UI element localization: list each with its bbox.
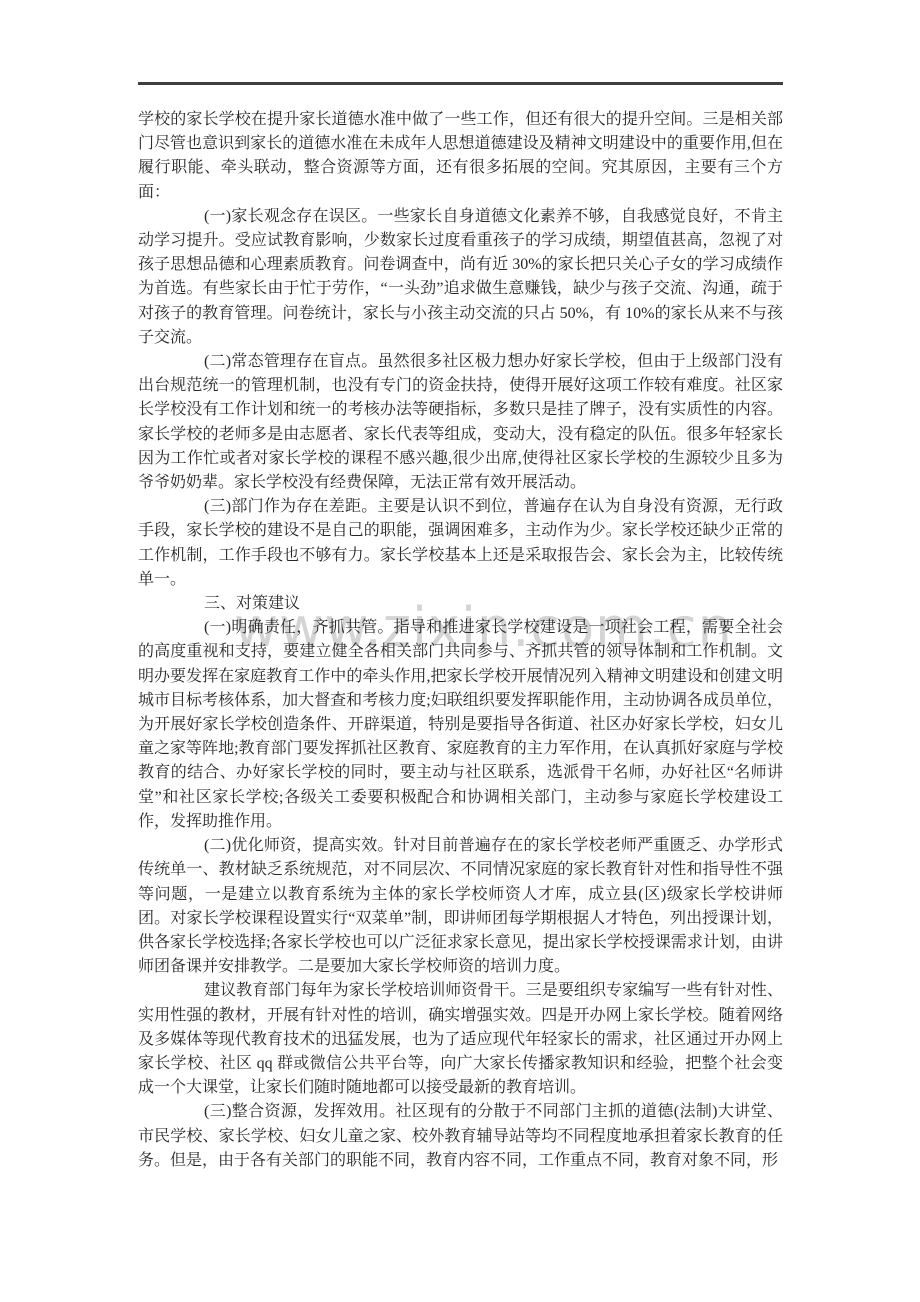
paragraph-cause-3: (三)部门作为存在差距。主要是认识不到位，普遍存在认为自身没有资源，无行政手段，… bbox=[138, 495, 783, 592]
paragraph-continuation: 学校的家长学校在提升家长道德水准中做了一些工作，但还有很大的提升空间。三是相关部… bbox=[138, 108, 783, 205]
paragraph-suggestion-3: (三)整合资源，发挥效用。社区现有的分散于不同部门主抓的道德(法制)大讲堂、市民… bbox=[138, 1100, 783, 1173]
document-page: www.zixin.com.cn 学校的家长学校在提升家长道德水准中做了一些工作… bbox=[0, 0, 920, 1302]
paragraph-suggestion-1: (一)明确责任，齐抓共管。指导和推进家长学校建设是一项社会工程，需要全社会的高度… bbox=[138, 616, 783, 834]
paragraph-suggestion-training: 建议教育部门每年为家长学校培训师资骨干。三是要组织专家编写一些有针对性、实用性强… bbox=[138, 979, 783, 1100]
section-heading-countermeasures: 三、对策建议 bbox=[138, 592, 783, 616]
top-horizontal-rule bbox=[138, 82, 783, 85]
paragraph-cause-2: (二)常态管理存在盲点。虽然很多社区极力想办好家长学校，但由于上级部门没有出台规… bbox=[138, 350, 783, 495]
paragraph-suggestion-2: (二)优化师资，提高实效。针对目前普遍存在的家长学校老师严重匮乏、办学形式传统单… bbox=[138, 834, 783, 979]
paragraph-cause-1: (一)家长观念存在误区。一些家长自身道德文化素养不够，自我感觉良好，不肯主动学习… bbox=[138, 205, 783, 350]
document-body: 学校的家长学校在提升家长道德水准中做了一些工作，但还有很大的提升空间。三是相关部… bbox=[138, 108, 783, 1173]
